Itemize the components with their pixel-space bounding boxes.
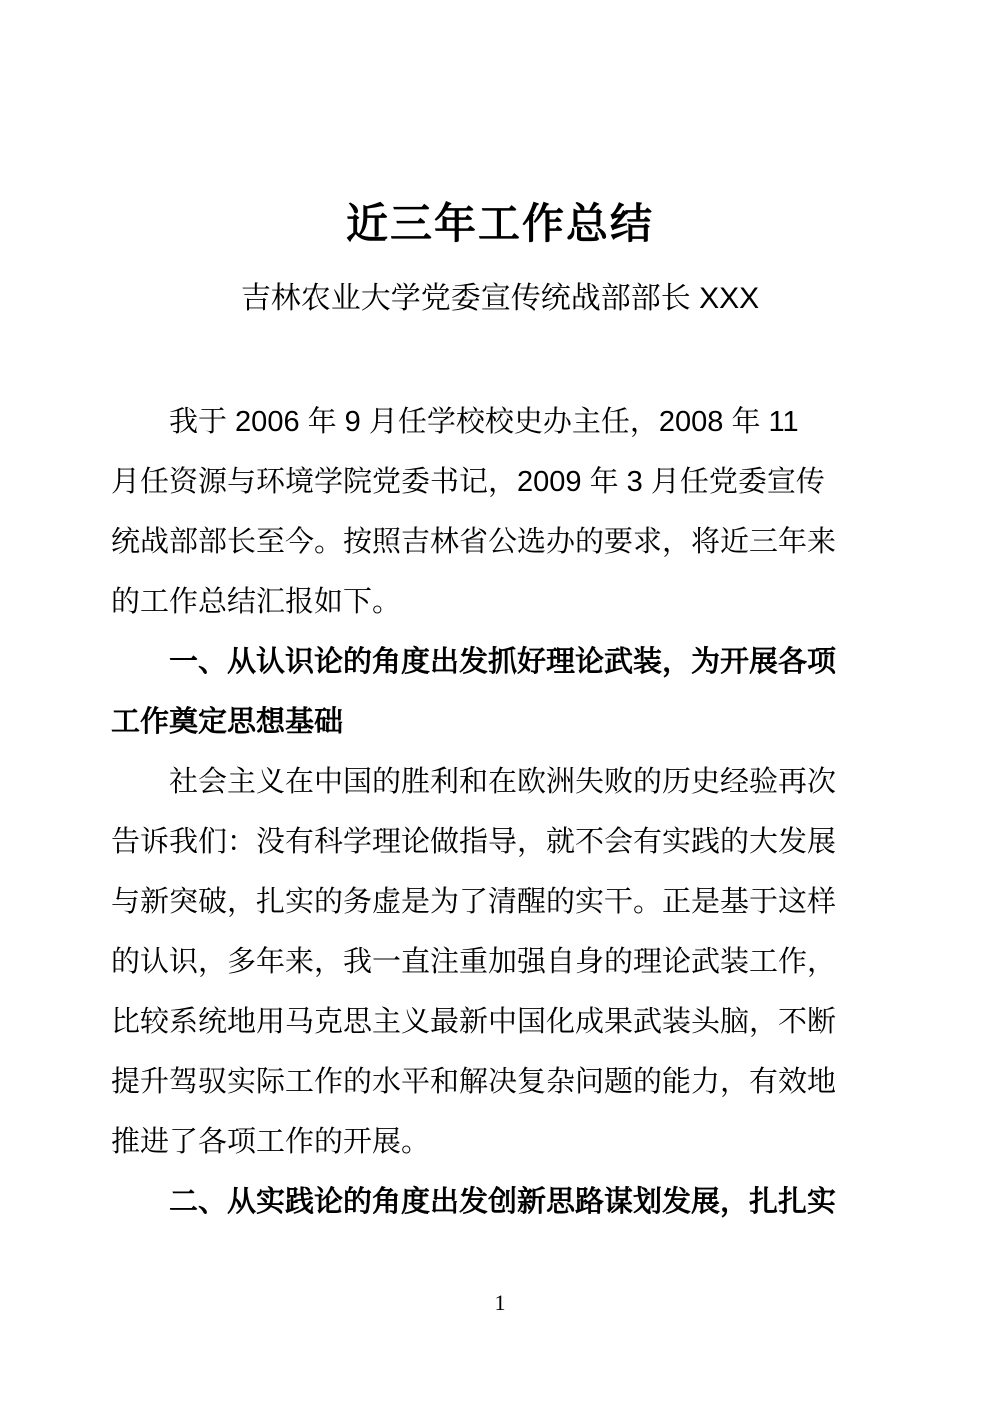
document-byline: 吉林农业大学党委宣传统战部部长 XXX	[0, 278, 1000, 320]
document-page: 近三年工作总结 吉林农业大学党委宣传统战部部长 XXX 我于 2006 年 9 …	[0, 0, 1000, 1413]
intro-paragraph: 我于 2006 年 9 月任学校校史办主任，2008 年 11 月任资源与环境学…	[111, 392, 889, 632]
section-1-body-paragraph: 社会主义在中国的胜利和在欧洲失败的历史经验再次 告诉我们：没有科学理论做指导，就…	[111, 752, 889, 1172]
document-title: 近三年工作总结	[0, 196, 1000, 252]
section-2-heading: 二、从实践论的角度出发创新思路谋划发展，扎扎实	[111, 1172, 889, 1232]
section-1-heading: 一、从认识论的角度出发抓好理论武装，为开展各项 工作奠定思想基础	[111, 632, 889, 752]
document-body: 我于 2006 年 9 月任学校校史办主任，2008 年 11 月任资源与环境学…	[111, 392, 889, 1232]
page-number: 1	[0, 1290, 1000, 1316]
